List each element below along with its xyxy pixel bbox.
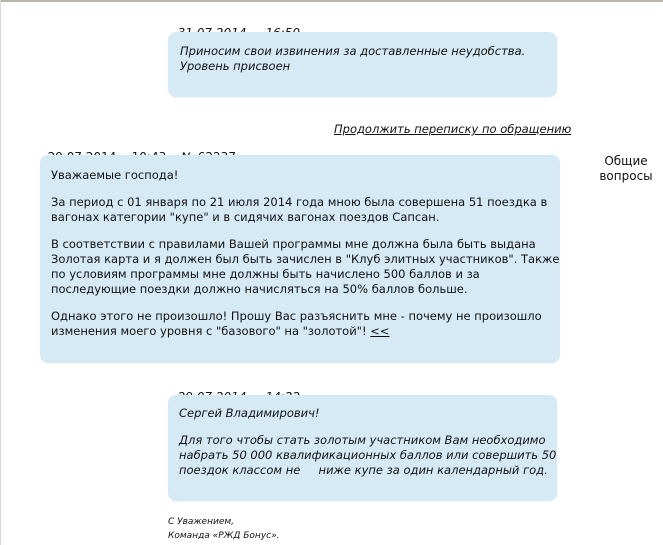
- message-paragraph: Для того чтобы стать золотым участником …: [179, 433, 556, 478]
- collapse-link[interactable]: <<: [370, 324, 389, 338]
- message-paragraph: В соответствии с правилами Вашей програм…: [51, 237, 559, 297]
- top-border: [0, 0, 663, 2]
- message-text: Приносим свои извинения за доставленные …: [180, 44, 525, 74]
- message-greeting: Уважаемые господа!: [51, 168, 559, 183]
- support-message-bubble: Сергей Владимирович! Для того чтобы стат…: [168, 395, 557, 501]
- signature: С Уважением, Команда «РЖД Бонус».: [168, 515, 280, 543]
- support-message-bubble: Приносим свои извинения за доставленные …: [168, 32, 557, 97]
- message-paragraph: За период с 01 января по 21 июля 2014 го…: [51, 195, 559, 225]
- category-label: Общие вопросы: [596, 154, 656, 184]
- signature-line-1: С Уважением,: [168, 515, 280, 529]
- left-border: [0, 0, 1, 545]
- message-paragraph: Однако этого не произошло! Прошу Вас раз…: [51, 309, 542, 338]
- category-line-1: Общие: [596, 154, 656, 169]
- signature-line-2: Команда «РЖД Бонус».: [168, 529, 280, 543]
- message-greeting: Сергей Владимирович!: [179, 406, 556, 421]
- category-line-2: вопросы: [596, 169, 656, 184]
- continue-thread-link[interactable]: Продолжить переписку по обращению: [334, 122, 571, 136]
- user-message-bubble: Уважаемые господа! За период с 01 января…: [40, 155, 560, 363]
